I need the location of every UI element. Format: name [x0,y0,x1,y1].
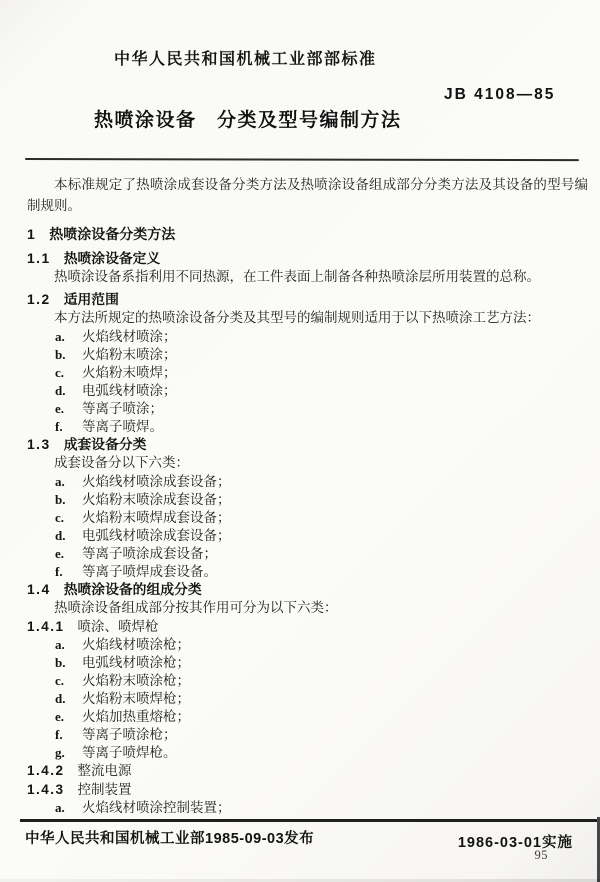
item-letter: g. [55,744,82,762]
list-item: a.火焰线材喷涂； [27,328,588,346]
list-item: a.火焰线材喷涂成套设备； [27,473,588,491]
item-text: 等离子喷涂成套设备； [82,546,217,561]
item-text: 火焰粉末喷涂； [82,347,177,362]
page-number: 95 [535,848,549,863]
item-text: 电弧线材喷涂成套设备； [82,528,231,543]
item-letter: e. [55,545,82,563]
item-letter: d. [55,690,82,708]
item-letter: a. [55,799,82,817]
section-heading-1-1: 1.1热喷涂设备定义 [27,250,588,269]
item-text: 火焰线材喷涂成套设备； [82,474,231,489]
section-1-3-body: 成套设备分以下六类： [27,454,588,473]
footer-divider-rule [20,819,600,822]
list-item: e.等离子喷涂成套设备； [27,545,588,563]
item-letter: e. [55,400,82,418]
list-item: a.火焰线材喷涂控制装置； [27,799,588,817]
item-text: 火焰线材喷涂枪； [82,637,190,652]
item-letter: d. [55,382,82,400]
list-item: d.电弧线材喷涂成套设备； [27,527,588,545]
item-text: 火焰粉末喷焊成套设备； [82,510,231,525]
section-number: 1.1 [27,250,51,269]
list-item: d.火焰粉末喷焊枪； [27,690,588,708]
section-heading-1-4-3: 1.4.3控制装置 [27,781,588,800]
section-1-1-body: 热喷涂设备系指利用不同热源，在工件表面上制备各种热喷涂层所用装置的总称。 [27,268,588,287]
list-item: f.等离子喷焊成套设备。 [27,563,588,581]
document-body: 本标准规定了热喷涂成套设备分类方法及热喷涂设备组成部分分类方法及其设备的型号编制… [27,166,588,817]
item-text: 火焰粉末喷涂成套设备； [82,492,231,507]
item-text: 电弧线材喷涂枪； [82,655,190,670]
list-item: e.火焰加热重熔枪； [27,708,588,726]
list-item: c.火焰粉末喷焊； [27,364,588,382]
item-letter: a. [55,473,82,491]
footer-issued-by: 中华人民共和国机械工业部1985-09-03发布 [25,827,314,848]
item-text: 等离子喷焊成套设备。 [82,564,217,579]
list-item: b.电弧线材喷涂枪； [27,654,588,672]
standard-code: JB 4108—85 [444,86,555,104]
section-number: 1.4.3 [27,781,65,800]
header-divider-rule [25,158,579,161]
section-number: 1.4.1 [27,618,65,637]
item-text: 电弧线材喷涂； [82,383,177,398]
list-item: f.等离子喷焊。 [27,418,588,436]
item-letter: f. [55,563,82,581]
scanned-standard-page: 中华人民共和国机械工业部部标准 JB 4108—85 热喷涂设备 分类及型号编制… [0,0,600,882]
section-heading-1-4-1: 1.4.1喷涂、喷焊枪 [27,618,588,637]
section-1-4-body: 热喷涂设备组成部分按其作用可分为以下六类： [27,599,588,618]
list-item: g.等离子喷焊枪。 [27,744,588,762]
item-letter: d. [55,527,82,545]
section-title: 喷涂、喷焊枪 [78,619,159,634]
section-heading-1-4-2: 1.4.2整流电源 [27,762,588,781]
section-number: 1.2 [27,291,51,310]
section-number: 1.4.2 [27,762,65,781]
item-text: 火焰粉末喷焊； [82,365,177,380]
item-letter: a. [55,636,82,654]
item-text: 火焰线材喷涂控制装置； [82,800,231,815]
item-letter: c. [55,672,82,690]
document-title: 热喷涂设备 分类及型号编制方法 [94,105,402,132]
item-text: 等离子喷焊枪。 [82,745,177,760]
item-letter: b. [55,654,82,672]
section-number: 1.3 [27,436,51,455]
section-title: 控制装置 [78,782,132,797]
item-text: 等离子喷涂枪； [82,727,177,742]
list-item: d.电弧线材喷涂； [27,382,588,400]
item-text: 火焰粉末喷焊枪； [82,691,190,706]
item-text: 火焰加热重熔枪； [82,709,190,724]
list-item: e.等离子喷涂； [27,400,588,418]
item-letter: f. [55,418,82,436]
section-1-2-body: 本方法所规定的热喷涂设备分类及其型号的编制规则适用于以下热喷涂工艺方法： [27,309,588,328]
item-letter: c. [55,364,82,382]
footer-implemented-date: 1986-03-01实施 [458,831,573,852]
section-title: 成套设备分类 [64,437,147,452]
item-text: 火焰粉末喷涂枪； [82,673,190,688]
list-item: c.火焰粉末喷焊成套设备； [27,509,588,527]
section-title: 适用范围 [64,292,119,307]
intro-paragraph: 本标准规定了热喷涂成套设备分类方法及热喷涂设备组成部分分类方法及其设备的型号编制… [27,174,588,216]
standard-org-line: 中华人民共和国机械工业部部标准 [114,46,377,69]
item-letter: c. [55,509,82,527]
section-title: 热喷涂设备定义 [64,251,161,266]
section-heading-1: 1热喷涂设备分类方法 [27,225,588,244]
list-item: b.火焰粉末喷涂； [27,346,588,364]
section-heading-1-4: 1.4热喷涂设备的组成分类 [27,581,588,600]
list-item: b.火焰粉末喷涂成套设备； [27,491,588,509]
item-text: 火焰线材喷涂； [82,329,177,344]
list-item: a.火焰线材喷涂枪； [27,636,588,654]
item-letter: b. [55,491,82,509]
section-number: 1.4 [27,581,51,600]
section-heading-1-2: 1.2适用范围 [27,291,588,310]
section-heading-1-3: 1.3成套设备分类 [27,436,588,455]
section-number: 1 [27,225,36,244]
item-letter: e. [55,708,82,726]
section-title: 热喷涂设备的组成分类 [64,582,202,597]
item-text: 等离子喷焊。 [82,419,163,434]
section-title: 整流电源 [78,763,132,778]
item-text: 等离子喷涂； [82,401,163,416]
list-item: c.火焰粉末喷涂枪； [27,672,588,690]
item-letter: a. [55,328,82,346]
item-letter: b. [55,346,82,364]
list-item: f.等离子喷涂枪； [27,726,588,744]
section-title: 热喷涂设备分类方法 [49,226,175,242]
item-letter: f. [55,726,82,744]
